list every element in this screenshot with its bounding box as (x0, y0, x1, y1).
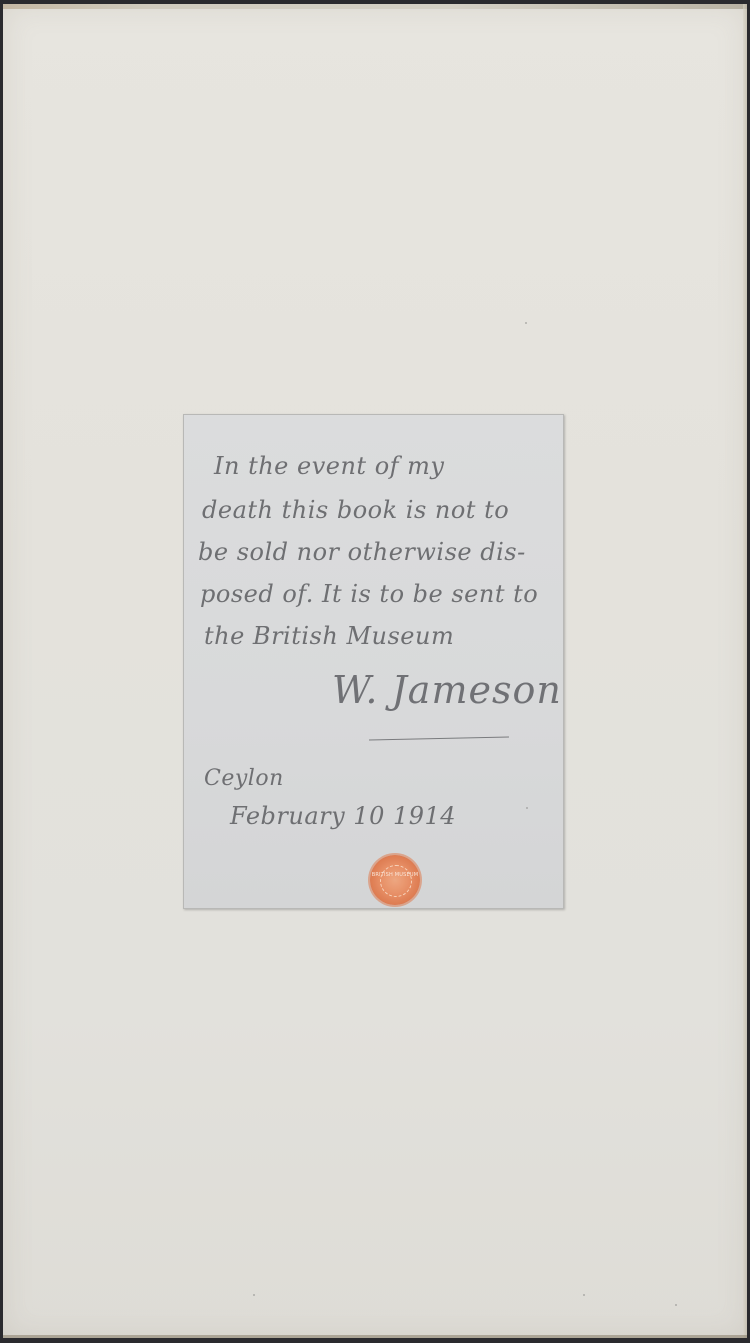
note-line-4: posed of. It is to be sent to (200, 579, 538, 609)
note-line-5: the British Museum (204, 621, 454, 651)
page-right-edge (743, 4, 747, 1338)
page-bottom-edge (3, 1335, 747, 1338)
paper-speck (253, 1294, 255, 1296)
paper-speck (675, 1304, 677, 1306)
note-line-1: In the event of my (214, 451, 444, 481)
note-line-2: death this book is not to (202, 495, 509, 525)
page-top-edge (3, 4, 747, 9)
paper-speck (525, 322, 527, 324)
stamp-label: BRITISH MUSEUM (370, 872, 420, 878)
british-museum-stamp-icon: BRITISH MUSEUM (370, 855, 420, 905)
manuscript-page: In the event of my death this book is no… (3, 4, 747, 1338)
stamp-inner-ring (380, 865, 412, 897)
signature: W. Jameson (332, 665, 562, 715)
note-date: February 10 1914 (230, 801, 456, 831)
note-place: Ceylon (204, 765, 284, 793)
signature-underline (369, 737, 509, 741)
note-line-3: be sold nor otherwise dis- (198, 537, 526, 567)
paper-speck (583, 1294, 585, 1296)
pasted-note-card: In the event of my death this book is no… (183, 414, 564, 909)
paper-speck (526, 807, 528, 809)
